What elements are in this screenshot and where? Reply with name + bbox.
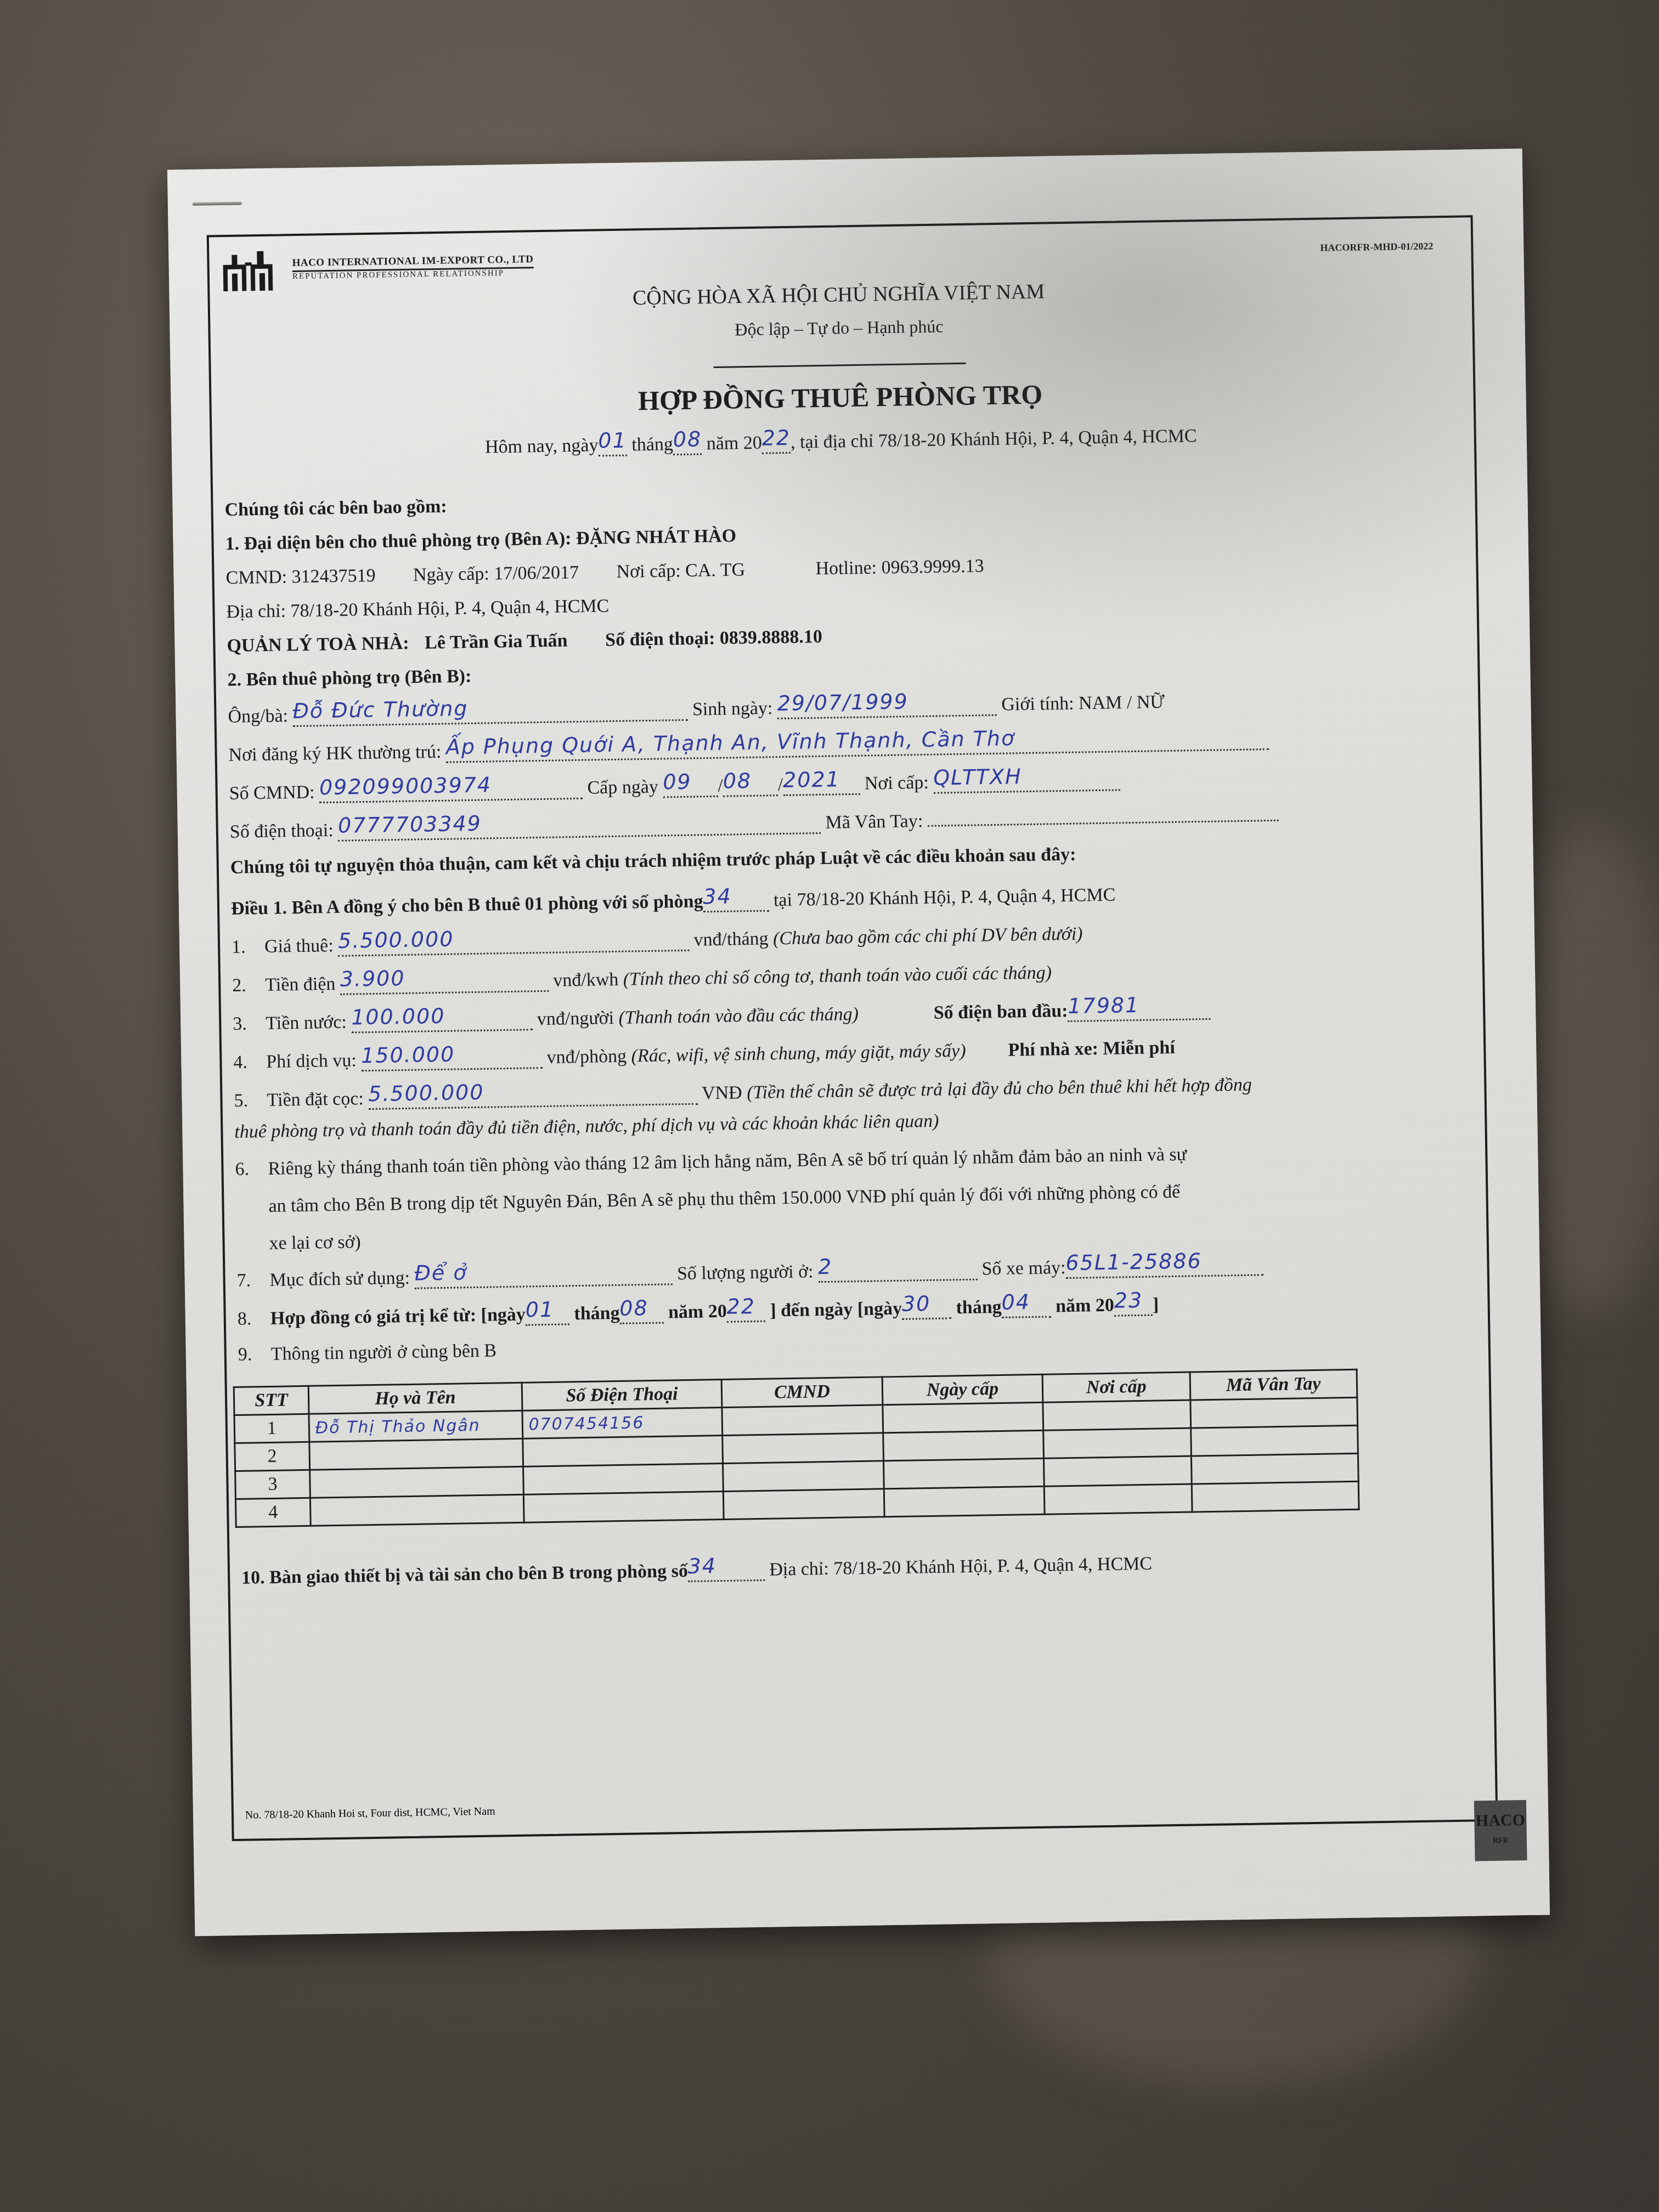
contract-paper: HACO INTERNATIONAL IM-EXPORT CO., LTD RE… [167,149,1550,1936]
term-rent: 1.Giá thuê: 5.500.000 vnđ/tháng (Chưa ba… [232,916,1466,958]
term-cohabitants: 9.Thông tin người ở cùng bên B [238,1326,1472,1364]
handwritten-phone: 0777703349 [338,813,482,836]
handwritten-plate: 65L1-25886 [1065,1250,1202,1273]
article-1: Điều 1. Bên A đồng ý cho bên B thuê 01 p… [231,878,1465,920]
party-a-address: Địa chỉ: 78/18-20 Khánh Hội, P. 4, Quận … [226,584,1460,622]
table-cell: Đỗ Thị Thảo Ngân [309,1410,522,1442]
occupant-table: STT Họ và Tên Số Điện Thoại CMND Ngày cấ… [233,1369,1360,1528]
table-cell [1192,1481,1359,1512]
term-deposit: 5.Tiền đặt cọc: 5.500.000 VNĐ (Tiền thế … [234,1070,1468,1112]
party-a-heading: 1. Đại diện bên cho thuê phòng trọ (Bên … [225,516,1459,554]
agreement-heading: Chúng tôi tự nguyện thỏa thuận, cam kết … [230,839,1465,877]
table-cell [523,1463,723,1494]
handwritten-electricity-rate: 3.900 [340,968,405,990]
table-cell [883,1402,1043,1433]
handwritten-purpose: Để ở [414,1262,467,1284]
party-b-heading: 2. Bên thuê phòng trọ (Bên B): [227,652,1462,690]
row-number: 3 [235,1470,311,1499]
table-cell [309,1438,523,1470]
building-manager-row: QUẢN LÝ TOÀ NHÀ: Lê Trần Gia Tuấn Số điệ… [227,618,1461,656]
handwritten-id-number: 092099003974 [319,774,492,798]
party-b-phone-row: Số điện thoại: 0777703349 Mã Vân Tay: [229,801,1464,843]
motto: Độc lập – Tự do – Hạnh phúc [222,308,1456,348]
table-cell [523,1491,724,1522]
party-a-id-row: CMND: 312437519 Ngày cấp: 17/06/2017 Nơi… [225,550,1460,588]
table-cell [723,1461,884,1492]
handwritten-month: 08 [673,428,702,450]
party-b-residence-row: Nơi đăng ký HK thường trú: Ấp Phụng Quới… [228,724,1463,766]
table-cell [1044,1484,1192,1514]
term-purpose: 7.Mục đích sử dụng: Để ở Số lượng người … [236,1250,1471,1292]
staple [193,201,242,205]
handwritten-deposit: 5.500.000 [368,1082,484,1104]
form-code: HACORFR-MHD-01/2022 [1320,240,1433,253]
document-title: HỢP ĐỒNG THUÊ PHÒNG TRỌ [223,372,1458,423]
handwritten-meter-reading: 17981 [1068,995,1139,1017]
document-content: HACO INTERNATIONAL IM-EXPORT CO., LTD RE… [221,229,1476,1589]
table-cell [522,1435,723,1466]
handwritten-tenant-name: Đỗ Đức Thường [292,698,469,721]
hotline: Hotline: 0963.9999.13 [815,556,984,579]
table-cell [1044,1456,1192,1486]
table-cell [310,1466,523,1498]
handwritten-occupant-count: 2 [818,1256,833,1277]
haco-stamp: HACO RFR [1474,1800,1527,1861]
table-cell [1043,1400,1190,1430]
table-cell [883,1430,1043,1461]
handwritten-room: 34 [703,886,732,907]
haco-logo-icon [221,247,287,292]
row-number: 4 [235,1498,311,1527]
table-cell [883,1458,1044,1489]
term-tet: 6.Riêng kỳ tháng thanh toán tiền phòng v… [235,1141,1469,1179]
handwritten-day: 01 [598,430,627,451]
table-cell [1190,1397,1357,1428]
handwritten-water-fee: 100.000 [351,1006,445,1028]
term-service: 4.Phí dịch vụ: 150.000 vnđ/phòng (Rác, w… [233,1031,1468,1074]
term-deposit-continued: thuê phòng trọ và thanh toán đầy đủ tiền… [234,1104,1469,1142]
handwritten-year: 22 [761,427,791,449]
table-cell: 0707454156 [522,1407,723,1438]
table-cell [724,1489,884,1520]
heading-divider [714,363,966,368]
handwritten-rent: 5.500.000 [338,929,454,951]
table-cell [884,1486,1045,1517]
party-b-id-row: Số CMND: 092099003974 Cấp ngày 09/08/202… [229,763,1463,805]
term-water: 3.Tiền nước: 100.000 vnđ/người (Thanh to… [233,993,1467,1035]
table-cell [723,1433,883,1464]
table-cell [1043,1428,1191,1458]
handwritten-room: 34 [687,1555,716,1577]
parties-heading: Chúng tôi các bên bao gồm: [224,482,1459,520]
party-b-name-row: Ông/bà: Đỗ Đức Thường Sinh ngày: 29/07/1… [228,686,1462,728]
handwritten-dob: 29/07/1999 [777,691,909,714]
row-number: 2 [235,1442,310,1471]
handwritten-id-place: QLTTXH [933,766,1022,788]
handwritten-service-fee: 150.000 [361,1044,455,1066]
term-electricity: 2.Tiền điện 3.900 vnđ/kwh (Tính theo chỉ… [232,955,1466,997]
row-number: 1 [234,1414,309,1443]
term-validity: 8.Hợp đồng có giá trị kể từ: [ngày01 thá… [237,1288,1471,1330]
party-a-name: ĐẶNG NHÁT HÀO [576,526,737,549]
table-cell [1190,1425,1358,1456]
handwritten-residence: Ấp Phụng Quới A, Thạnh An, Vĩnh Thạnh, C… [445,727,1015,757]
table-cell [1191,1453,1358,1484]
table-cell [722,1405,883,1436]
intro-line: Hôm nay, ngày01 tháng08 năm 2022, tại đị… [224,420,1458,462]
table-cell [310,1494,523,1526]
